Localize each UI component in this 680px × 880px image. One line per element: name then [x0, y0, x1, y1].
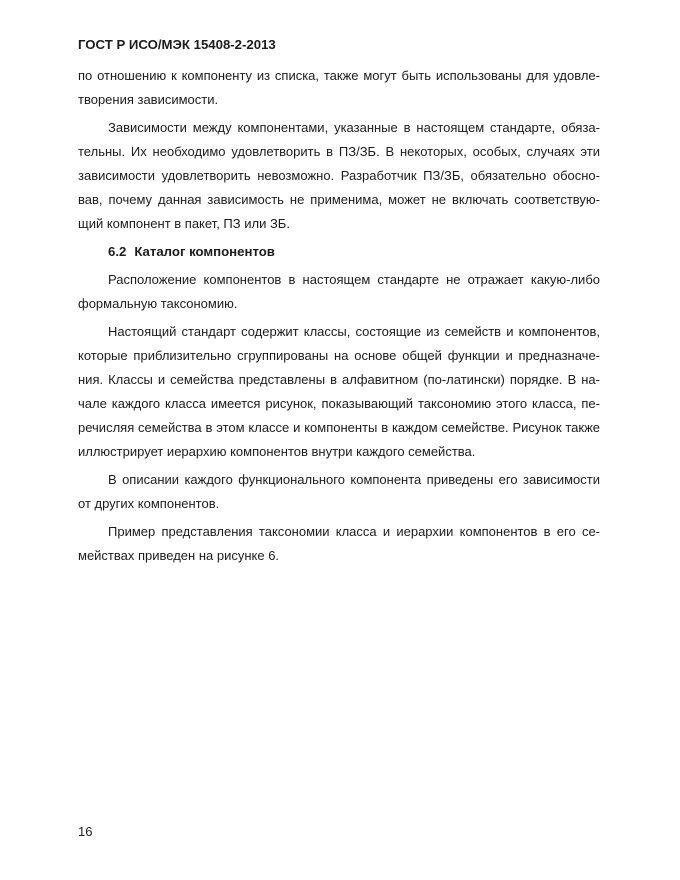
text-line: формальную таксономию. [78, 292, 600, 316]
text-line: Зависимости между компонентами, указанны… [78, 116, 600, 140]
text-line: Расположение компонентов в настоящем ста… [78, 268, 600, 292]
text-line: ния. Классы и семейства представлены в а… [78, 368, 600, 392]
text-line: В описании каждого функционального компо… [78, 468, 600, 492]
text-line: чале каждого класса имеется рисунок, пок… [78, 392, 600, 416]
text-line: иллюстрирует иерархию компонентов внутри… [78, 440, 600, 464]
section-heading: 6.2Каталог компонентов [78, 240, 600, 264]
paragraph: Настоящий стандарт содержит классы, сост… [78, 320, 600, 464]
text-line: мействах приведен на рисунке 6. [78, 544, 600, 568]
paragraph: В описании каждого функционального компо… [78, 468, 600, 516]
paragraph: Расположение компонентов в настоящем ста… [78, 268, 600, 316]
text-line: творения зависимости. [78, 88, 600, 112]
text-line: щий компонент в пакет, ПЗ или ЗБ. [78, 212, 600, 236]
text-line: зависимости удовлетворить невозможно. Ра… [78, 164, 600, 188]
section-heading-number: 6.2 [108, 244, 126, 259]
text-line: от других компонентов. [78, 492, 600, 516]
text-line: тельны. Их необходимо удовлетворить в ПЗ… [78, 140, 600, 164]
page-number: 16 [78, 820, 92, 844]
page: ГОСТ Р ИСО/МЭК 15408-2-2013 по отношению… [0, 0, 680, 880]
section-heading-text: Каталог компонентов [134, 244, 275, 259]
paragraph: по отношению к компоненту из списка, так… [78, 64, 600, 112]
text-line: вав, почему данная зависимость не примен… [78, 188, 600, 212]
text-line: Настоящий стандарт содержит классы, сост… [78, 320, 600, 344]
text-line: которые приблизительно сгруппированы на … [78, 344, 600, 368]
paragraph: Зависимости между компонентами, указанны… [78, 116, 600, 236]
paragraph: Пример представления таксономии класса и… [78, 520, 600, 568]
text-line: по отношению к компоненту из списка, так… [78, 64, 600, 88]
document-header: ГОСТ Р ИСО/МЭК 15408-2-2013 [78, 33, 600, 57]
document-body: по отношению к компоненту из списка, так… [78, 64, 600, 572]
text-line: речисляя семейства в этом классе и компо… [78, 416, 600, 440]
text-line: Пример представления таксономии класса и… [78, 520, 600, 544]
